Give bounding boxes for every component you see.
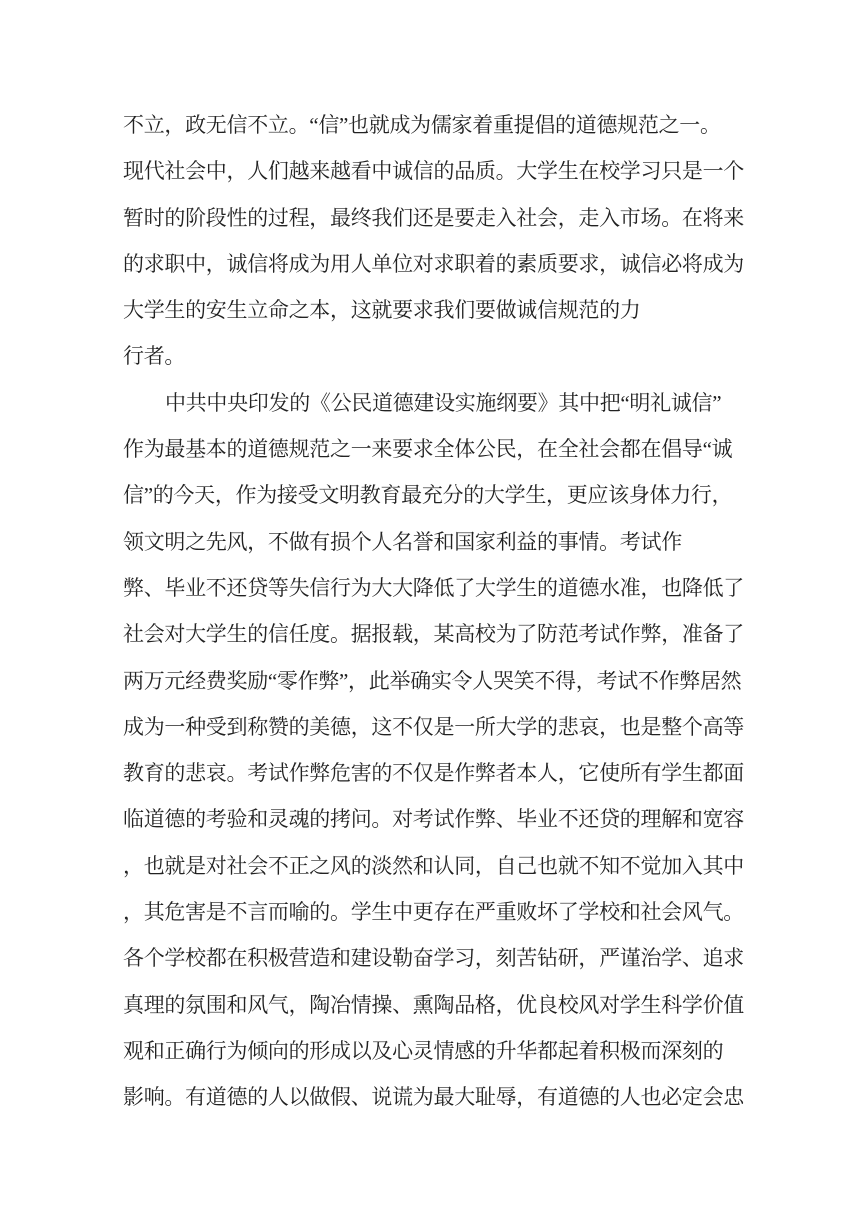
text-line: 影响。有道德的人以做假、说谎为最大耻辱，有道德的人也必定会忠 — [123, 1074, 751, 1120]
text-line: 各个学校都在积极营造和建设勒奋学习，刻苦钻研，严谨治学、追求 — [123, 935, 751, 981]
text-line: ，也就是对社会不正之风的淡然和认同，自己也就不知不觉加入其中 — [123, 843, 751, 889]
text-line: 不立，政无信不立。“信”也就成为儒家着重提倡的道德规范之一。 — [123, 102, 751, 148]
text-line: 中共中央印发的《公民道德建设实施纲要》其中把“明礼诚信” — [123, 380, 751, 426]
paragraph-1: 不立，政无信不立。“信”也就成为儒家着重提倡的道德规范之一。现代社会中，人们越来… — [123, 102, 751, 380]
paragraph-2: 中共中央印发的《公民道德建设实施纲要》其中把“明礼诚信”作为最基本的道德规范之一… — [123, 380, 751, 1121]
text-line: 现代社会中，人们越来越看中诚信的品质。大学生在校学习只是一个 — [123, 148, 751, 194]
text-line: 成为一种受到称赞的美德，这不仅是一所大学的悲哀，也是整个高等 — [123, 704, 751, 750]
text-line: 两万元经费奖励“零作弊”，此举确实令人哭笑不得，考试不作弊居然 — [123, 658, 751, 704]
document-text-block: 不立，政无信不立。“信”也就成为儒家着重提倡的道德规范之一。现代社会中，人们越来… — [123, 102, 751, 1121]
text-line: 信”的今天，作为接受文明教育最充分的大学生，更应该身体力行， — [123, 472, 751, 518]
text-line: 临道德的考验和灵魂的拷问。对考试作弊、毕业不还贷的理解和宽容 — [123, 796, 751, 842]
text-line: 大学生的安生立命之本，这就要求我们要做诚信规范的力 — [123, 287, 751, 333]
text-line: 弊、毕业不还贷等失信行为大大降低了大学生的道德水准，也降低了 — [123, 565, 751, 611]
text-line: 真理的氛围和风气，陶冶情操、熏陶品格，优良校风对学生科学价值 — [123, 982, 751, 1028]
text-line: 观和正确行为倾向的形成以及心灵情感的升华都起着积极而深刻的 — [123, 1028, 751, 1074]
text-line: ，其危害是不言而喻的。学生中更存在严重败坏了学校和社会风气。 — [123, 889, 751, 935]
text-line: 领文明之先风，不做有损个人名誉和国家利益的事情。考试作 — [123, 519, 751, 565]
text-line: 社会对大学生的信任度。据报载，某高校为了防范考试作弊，准备了 — [123, 611, 751, 657]
text-line: 的求职中，诚信将成为用人单位对求职着的素质要求，诚信必将成为 — [123, 241, 751, 287]
text-line: 作为最基本的道德规范之一来要求全体公民，在全社会都在倡导“诚 — [123, 426, 751, 472]
text-line: 教育的悲哀。考试作弊危害的不仅是作弊者本人，它使所有学生都面 — [123, 750, 751, 796]
text-line: 行者。 — [123, 333, 751, 379]
document-page: 不立，政无信不立。“信”也就成为儒家着重提倡的道德规范之一。现代社会中，人们越来… — [0, 0, 864, 1222]
text-line: 暂时的阶段性的过程，最终我们还是要走入社会，走入市场。在将来 — [123, 195, 751, 241]
